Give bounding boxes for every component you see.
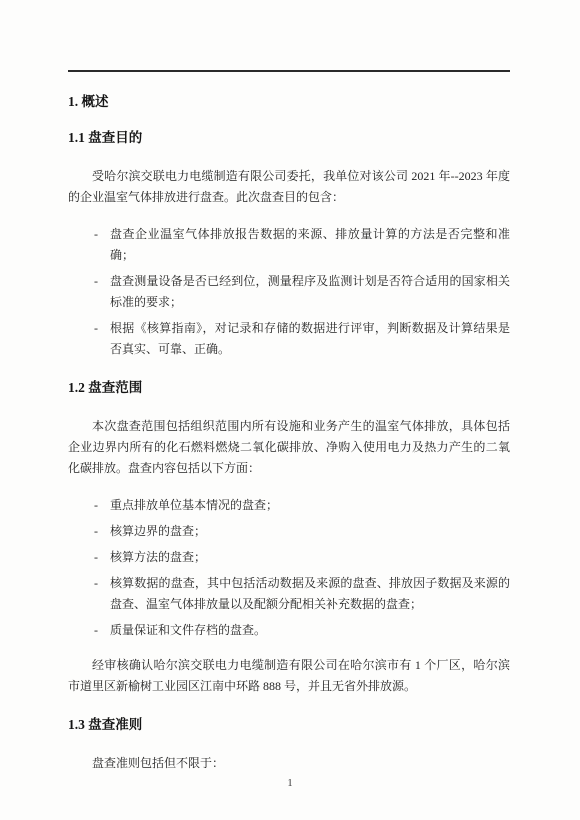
- document-page: 1. 概述 1.1 盘查目的 受哈尔滨交联电力电缆制造有限公司委托，我单位对该公…: [0, 0, 580, 820]
- list-item-text: 根据《核算指南》，对记录和存储的数据进行评审，判断数据及计算结果是否真实、可靠、…: [110, 318, 510, 360]
- paragraph-criteria-intro: 盘查准则包括但不限于：: [68, 753, 510, 774]
- dash-marker: -: [94, 224, 110, 245]
- dash-marker: -: [94, 573, 110, 594]
- dash-marker: -: [94, 495, 110, 516]
- list-item: - 重点排放单位基本情况的盘查；: [94, 495, 510, 516]
- list-item: - 根据《核算指南》，对记录和存储的数据进行评审，判断数据及计算结果是否真实、可…: [94, 318, 510, 360]
- bullet-list-purpose: - 盘查企业温室气体排放报告数据的来源、排放量计算的方法是否完整和准确； - 盘…: [94, 224, 510, 360]
- list-item: - 盘查企业温室气体排放报告数据的来源、排放量计算的方法是否完整和准确；: [94, 224, 510, 266]
- dash-marker: -: [94, 318, 110, 339]
- list-item-text: 核算数据的盘查，其中包括活动数据及来源的盘查、排放因子数据及来源的盘查、温室气体…: [110, 573, 510, 615]
- dash-marker: -: [94, 271, 110, 292]
- header-divider: [68, 70, 510, 72]
- section-heading-overview: 1. 概述: [68, 94, 510, 110]
- list-item: - 核算边界的盘查；: [94, 521, 510, 542]
- paragraph-scope-intro: 本次盘查范围包括组织范围内所有设施和业务产生的温室气体排放，具体包括企业边界内所…: [68, 416, 510, 479]
- dash-marker: -: [94, 521, 110, 542]
- list-item-text: 重点排放单位基本情况的盘查；: [110, 495, 510, 516]
- list-item: - 核算数据的盘查，其中包括活动数据及来源的盘查、排放因子数据及来源的盘查、温室…: [94, 573, 510, 615]
- list-item: - 盘查测量设备是否已经到位，测量程序及监测计划是否符合适用的国家相关标准的要求…: [94, 271, 510, 313]
- subsection-heading-purpose: 1.1 盘查目的: [68, 130, 510, 146]
- list-item: - 核算方法的盘查；: [94, 547, 510, 568]
- subsection-heading-criteria: 1.3 盘查准则: [68, 717, 510, 733]
- list-item-text: 盘查企业温室气体排放报告数据的来源、排放量计算的方法是否完整和准确；: [110, 224, 510, 266]
- list-item-text: 质量保证和文件存档的盘查。: [110, 620, 510, 641]
- list-item: - 质量保证和文件存档的盘查。: [94, 620, 510, 641]
- list-item-text: 核算方法的盘查；: [110, 547, 510, 568]
- page-content: 1. 概述 1.1 盘查目的 受哈尔滨交联电力电缆制造有限公司委托，我单位对该公…: [68, 0, 510, 774]
- paragraph-purpose-intro: 受哈尔滨交联电力电缆制造有限公司委托，我单位对该公司 2021 年--2023 …: [68, 166, 510, 208]
- dash-marker: -: [94, 547, 110, 568]
- list-item-text: 核算边界的盘查；: [110, 521, 510, 542]
- list-item-text: 盘查测量设备是否已经到位，测量程序及监测计划是否符合适用的国家相关标准的要求；: [110, 271, 510, 313]
- bullet-list-scope: - 重点排放单位基本情况的盘查； - 核算边界的盘查； - 核算方法的盘查； -…: [94, 495, 510, 641]
- paragraph-scope-closing: 经审核确认哈尔滨交联电力电缆制造有限公司在哈尔滨市有 1 个厂区，哈尔滨市道里区…: [68, 655, 510, 697]
- page-number: 1: [0, 778, 580, 789]
- subsection-heading-scope: 1.2 盘查范围: [68, 380, 510, 396]
- dash-marker: -: [94, 620, 110, 641]
